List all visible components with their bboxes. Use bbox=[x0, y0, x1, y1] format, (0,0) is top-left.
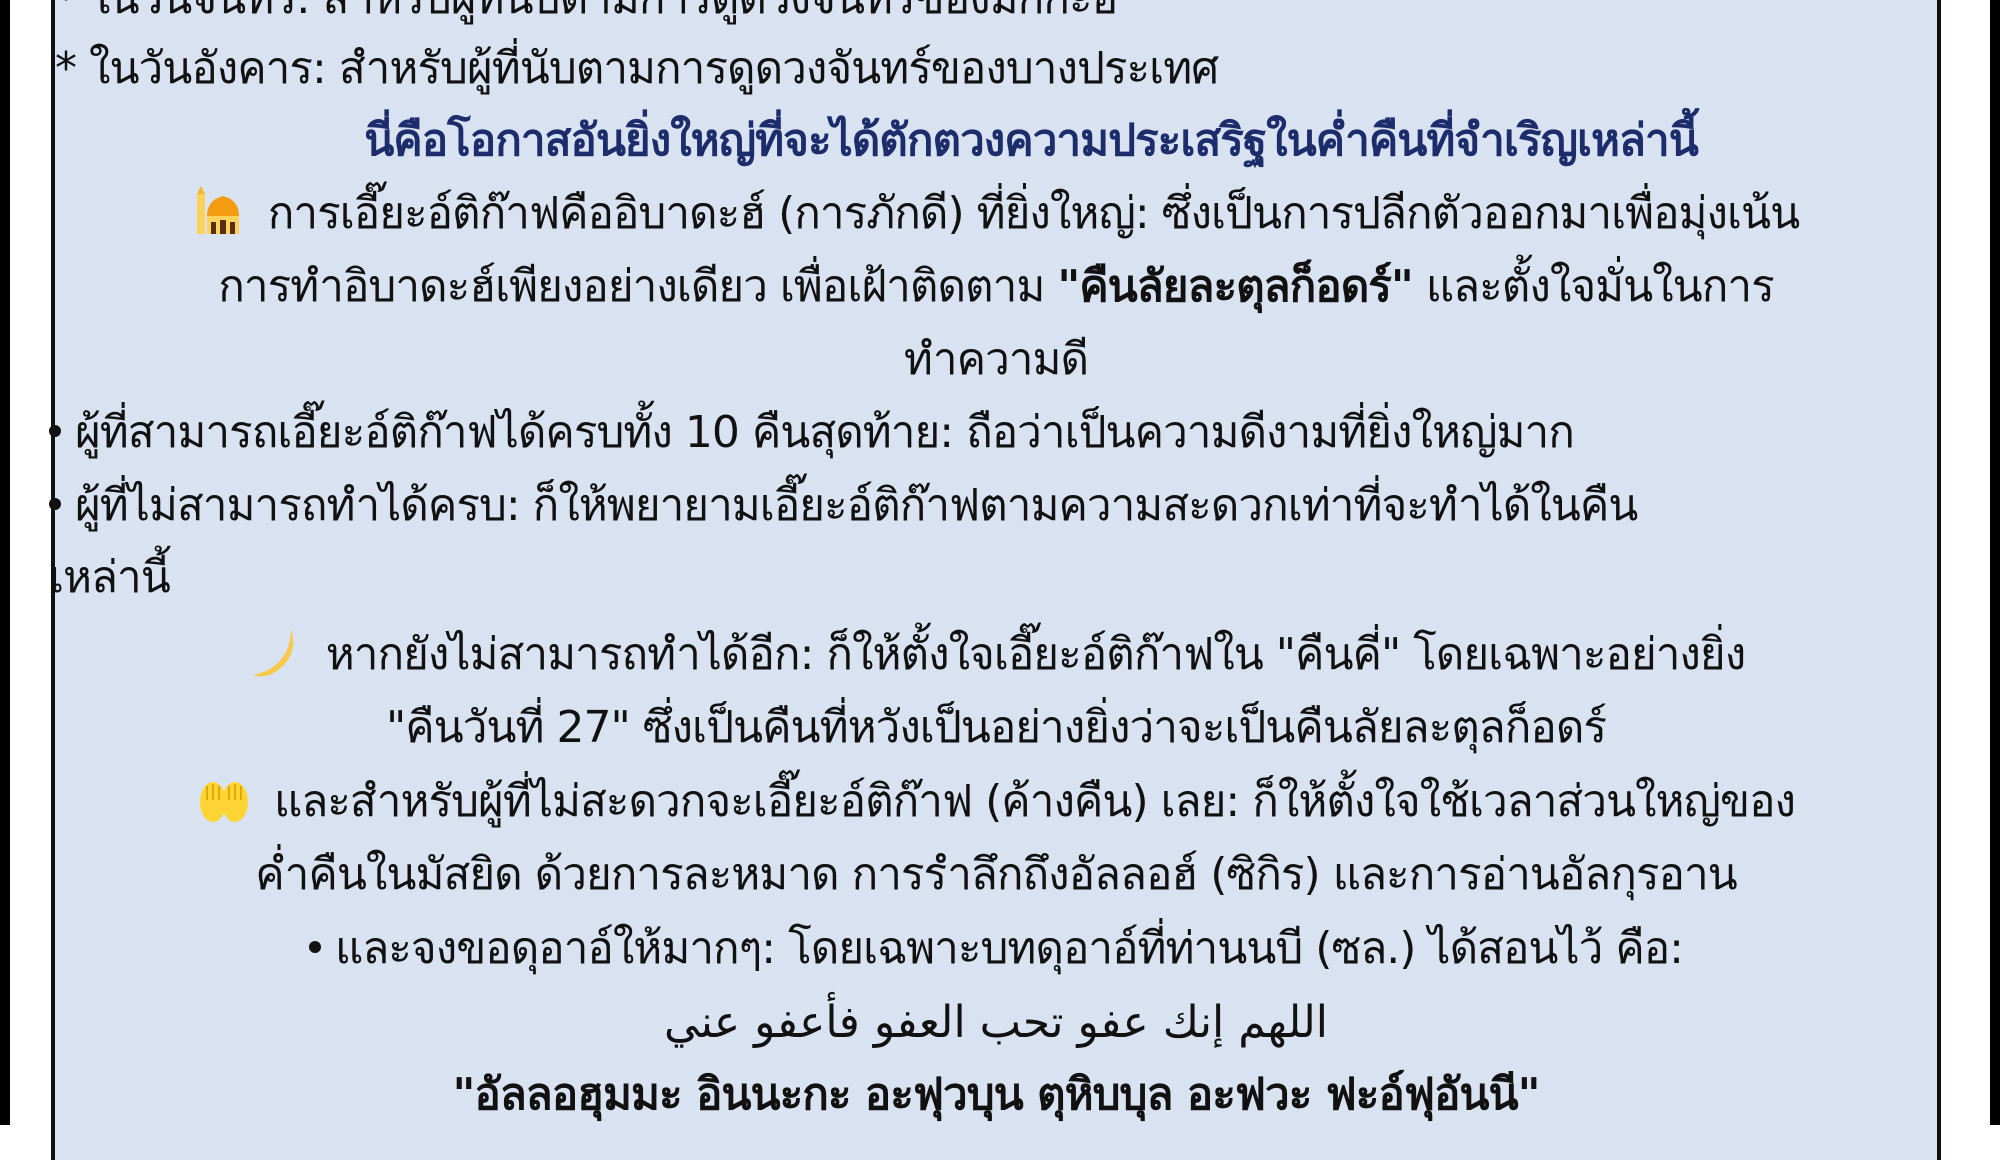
inconvenient-text-2: ค่ำคืนในมัสยิด ด้วยการละหมาด การรำลึกถึง… bbox=[255, 849, 1736, 900]
mosque-icon bbox=[193, 186, 245, 238]
dua-arabic-text: اللهم إنك عفو تحب العفو فأعفو عني bbox=[664, 997, 1328, 1048]
bullet-dot bbox=[49, 498, 61, 510]
full-ten-nights-text: ผู้ที่สามารถเอี๊ยะอ์ติก๊าฟได้ครบทั้ง 10 … bbox=[75, 407, 1574, 458]
not-full-text-2: เหล่านี้ bbox=[49, 552, 170, 603]
itikaf-intro-text-3: ทำความดี bbox=[904, 334, 1088, 385]
dua-intro-line: และจงขอดุอาอ์ให้มากๆ: โดยเฉพาะบทดุอาอ์ที… bbox=[55, 912, 1937, 985]
content-panel: * ในวันจันทร์: สำหรับผู้ที่นับตามการดูดว… bbox=[51, 0, 1941, 1125]
odd-nights-text-2: "คืนวันที่ 27" ซึ่งเป็นคืนที่หวังเป็นอย่… bbox=[386, 702, 1606, 753]
itikaf-intro-text-2a: การทำอิบาดะฮ์เพียงอย่างเดียว เพื่อเฝ้าติ… bbox=[218, 261, 1057, 312]
raised-hands-icon bbox=[197, 775, 251, 825]
inconvenient-line-1: และสำหรับผู้ที่ไม่สะดวกจะเอี๊ยะอ์ติก๊าฟ … bbox=[55, 765, 1937, 838]
highlight-heading: นี่คือโอกาสอันยิ่งใหญ่ที่จะได้ตักตวงความ… bbox=[55, 104, 2000, 177]
itikaf-intro-line-1: การเอี๊ยะอ์ติก๊าฟคืออิบาดะฮ์ (การภักดี) … bbox=[55, 177, 1937, 250]
full-ten-nights-line: ผู้ที่สามารถเอี๊ยะอ์ติก๊าฟได้ครบทั้ง 10 … bbox=[49, 396, 1937, 469]
page-frame: * ในวันจันทร์: สำหรับผู้ที่นับตามการดูดว… bbox=[0, 0, 2000, 1125]
tuesday-line: * ในวันอังคาร: สำหรับผู้ที่นับตามการดูดว… bbox=[55, 32, 1937, 105]
itikaf-intro-text-2b: และตั้งใจมั่นในการ bbox=[1413, 261, 1774, 312]
bullet-dot bbox=[49, 425, 61, 437]
dua-transliteration-line: "อัลลอฮุมมะ อินนะกะ อะฟุวบุน ตุหิบบุล อะ… bbox=[55, 1058, 1937, 1125]
itikaf-intro-text-1: การเอี๊ยะอ์ติก๊าฟคืออิบาดะฮ์ (การภักดี) … bbox=[268, 188, 1799, 239]
odd-nights-line-2: "คืนวันที่ 27" ซึ่งเป็นคืนที่หวังเป็นอย่… bbox=[55, 691, 1937, 764]
inconvenient-line-2: ค่ำคืนในมัสยิด ด้วยการละหมาด การรำลึกถึง… bbox=[55, 838, 1937, 911]
crescent-moon-icon bbox=[247, 625, 303, 681]
monday-line: * ในวันจันทร์: สำหรับผู้ที่นับตามการดูดว… bbox=[55, 0, 1937, 35]
left-black-edge bbox=[0, 0, 10, 1125]
dua-arabic-line: اللهم إنك عفو تحب العفو فأعفو عني bbox=[55, 986, 1937, 1059]
not-full-line-2: เหล่านี้ bbox=[49, 541, 1937, 614]
odd-nights-text-1: หากยังไม่สามารถทำได้อีก: ก็ให้ตั้งใจเอี๊… bbox=[326, 629, 1745, 680]
odd-nights-line-1: หากยังไม่สามารถทำได้อีก: ก็ให้ตั้งใจเอี๊… bbox=[55, 618, 1937, 691]
dua-transliteration-text: "อัลลอฮุมมะ อินนะกะ อะฟุวบุน ตุหิบบุล อะ… bbox=[452, 1069, 1539, 1120]
not-full-text-1: ผู้ที่ไม่สามารถทำได้ครบ: ก็ให้พยายามเอี๊… bbox=[75, 480, 1637, 531]
itikaf-intro-line-2: การทำอิบาดะฮ์เพียงอย่างเดียว เพื่อเฝ้าติ… bbox=[55, 250, 1937, 323]
monday-text: * ในวันจันทร์: สำหรับผู้ที่นับตามการดูดว… bbox=[55, 0, 1117, 24]
bullet-dot bbox=[309, 941, 321, 953]
not-full-line-1: ผู้ที่ไม่สามารถทำได้ครบ: ก็ให้พยายามเอี๊… bbox=[49, 469, 1937, 542]
itikaf-intro-line-3: ทำความดี bbox=[55, 323, 1937, 396]
dua-intro-text: และจงขอดุอาอ์ให้มากๆ: โดยเฉพาะบทดุอาอ์ที… bbox=[335, 923, 1683, 974]
heading-text: นี่คือโอกาสอันยิ่งใหญ่ที่จะได้ตักตวงความ… bbox=[364, 115, 1698, 166]
inconvenient-text-1: และสำหรับผู้ที่ไม่สะดวกจะเอี๊ยะอ์ติก๊าฟ … bbox=[274, 776, 1795, 827]
laylatul-qadr-bold: "คืนลัยละตุลก็อดร์" bbox=[1057, 261, 1413, 312]
tuesday-text: * ในวันอังคาร: สำหรับผู้ที่นับตามการดูดว… bbox=[55, 43, 1218, 94]
